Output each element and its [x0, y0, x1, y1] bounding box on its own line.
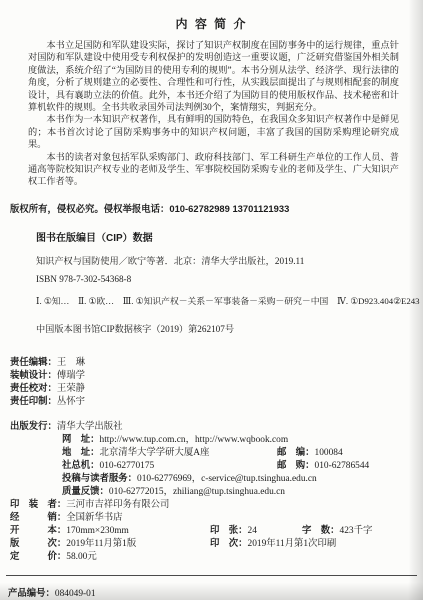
word-count-value: 423千字 [340, 526, 373, 536]
edition-row: 版 次：2019年11月第1版 印 次：2019年11月第1次印刷 [10, 536, 423, 549]
distributor-value: 全国新华书店 [66, 513, 122, 523]
staff-label: 责任校对： [10, 382, 57, 393]
staff-row-proofreader: 责任校对：王荣静 [10, 381, 423, 394]
reader-service-label: 投稿与读者服务： [62, 472, 137, 483]
price-label: 定 价： [10, 550, 66, 561]
publisher-label: 出版发行： [10, 420, 57, 431]
publisher-reader-service-row: 投稿与读者服务：010-62776969，c-service@tup.tsing… [62, 471, 423, 484]
staff-row-editor: 责任编辑：王 琳 [10, 355, 423, 368]
edition-value: 2019年11月第1版 [66, 539, 136, 549]
price-value: 58.00元 [66, 552, 96, 562]
copyright-page: 内 容 简 介 本书立足国防和军队建设实际，探讨了知识产权制度在国防事务中的运行… [0, 0, 423, 600]
sheets-label: 印 张： [210, 524, 248, 535]
cip-classification-line: Ⅰ. ①知… Ⅱ. ①欧… Ⅲ. ①知识产权－关系－军事装备－采购－研究－中国 … [36, 294, 423, 307]
staff-value: 丛怀宇 [57, 397, 85, 407]
distributor-label: 经 销： [10, 511, 66, 522]
printer-label: 印 装 者： [10, 498, 66, 509]
quality-feedback-value: 010-62772015，zhiliang@tup.tsinghua.edu.c… [109, 487, 285, 497]
cip-title-line: 知识产权与国防使用／欧宁等著．北京：清华大学出版社，2019.11 [36, 253, 423, 267]
edition-label: 版 次： [10, 537, 66, 548]
publisher-website-row: 网 址：http://www.tup.com.cn，http://www.wqb… [62, 432, 423, 445]
quality-feedback-label: 质量反馈： [62, 485, 109, 496]
content-summary-title: 内 容 简 介 [0, 15, 423, 32]
cip-record-line: 中国版本图书馆CIP数据核字（2019）第262107号 [36, 321, 423, 335]
product-code-label: 产品编号： [8, 587, 55, 598]
staff-value: 傅瑞学 [57, 371, 85, 381]
switchboard-label: 社总机： [62, 459, 100, 470]
cip-isbn-line: ISBN 978-7-302-54368-8 [36, 274, 423, 284]
staff-label: 责任编辑： [10, 356, 57, 367]
summary-paragraph: 本书立足国防和军队建设实际，探讨了知识产权制度在国防事务中的运行规律，重点针对国… [28, 39, 399, 113]
summary-paragraph: 本书作为一本知识产权著作，具有鲜明的国防特色，在我国众多知识产权著作中是鲜见的；… [28, 113, 399, 150]
publisher-quality-feedback-row: 质量反馈：010-62772015，zhiliang@tup.tsinghua.… [62, 484, 423, 497]
staff-label: 装帧设计： [10, 369, 57, 380]
content-summary: 本书立足国防和军队建设实际，探讨了知识产权制度在国防事务中的运行规律，重点针对国… [28, 39, 399, 188]
price-row: 定 价：58.00元 [10, 549, 423, 562]
postcode-label: 邮 编： [277, 446, 315, 457]
address-value: 北京清华大学学研大厦A座 [100, 448, 210, 458]
distributor-row: 经 销：全国新华书店 [10, 510, 423, 523]
production-block: 印 装 者：三河市吉祥印务有限公司 经 销：全国新华书店 开 本：170mm×2… [10, 497, 423, 562]
mail-order-value: 010-62786544 [315, 461, 370, 471]
publisher-row: 出版发行：清华大学出版社 [10, 419, 423, 432]
impression-label: 印 次： [210, 537, 248, 548]
copyright-notice: 版权所有，侵权必究。侵权举报电话：010-62782989 1370112193… [10, 201, 423, 215]
format-row: 开 本：170mm×230mm 印 张：24 字 数：423千字 [10, 523, 423, 536]
staff-row-printing-supervisor: 责任印制：丛怀宇 [10, 394, 423, 407]
switchboard-value: 010-62770175 [100, 461, 155, 471]
publisher-block: 出版发行：清华大学出版社 网 址：http://www.tup.com.cn，h… [10, 419, 423, 497]
staff-value: 王荣静 [57, 384, 85, 394]
staff-value: 王 琳 [57, 358, 85, 368]
website-value: http://www.tup.com.cn，http://www.wqbook.… [100, 435, 289, 445]
format-value: 170mm×230mm [66, 526, 129, 536]
publisher-switchboard-row: 社总机：010-62770175 邮 购：010-62786544 [62, 458, 423, 471]
divider-line [6, 575, 417, 576]
product-code-value: 084049-01 [55, 589, 96, 599]
cip-heading: 图书在版编目（CIP）数据 [36, 229, 423, 244]
printer-row: 印 装 者：三河市吉祥印务有限公司 [10, 497, 423, 510]
publisher-name: 清华大学出版社 [57, 422, 123, 432]
publisher-address-row: 地 址：北京清华大学学研大厦A座 邮 编：100084 [62, 445, 423, 458]
staff-label: 责任印制： [10, 395, 57, 406]
word-count-label: 字 数： [302, 524, 340, 535]
impression-value: 2019年11月第1次印刷 [248, 539, 337, 549]
sheets-value: 24 [248, 526, 257, 536]
address-label: 地 址： [62, 446, 100, 457]
printer-value: 三河市吉祥印务有限公司 [66, 500, 169, 510]
product-code-line: 产品编号：084049-01 [8, 585, 423, 599]
staff-credits: 责任编辑：王 琳 装帧设计：傅瑞学 责任校对：王荣静 责任印制：丛怀宇 [10, 355, 423, 407]
staff-row-designer: 装帧设计：傅瑞学 [10, 368, 423, 381]
postcode-value: 100084 [315, 448, 343, 458]
summary-paragraph: 本书的读者对象包括军队采购部门、政府科技部门、军工科研生产单位的工作人员、普通高… [28, 151, 399, 188]
mail-order-label: 邮 购： [277, 459, 315, 470]
website-label: 网 址： [62, 433, 100, 444]
format-label: 开 本： [10, 524, 66, 535]
reader-service-value: 010-62776969，c-service@tup.tsinghua.edu.… [137, 474, 317, 484]
